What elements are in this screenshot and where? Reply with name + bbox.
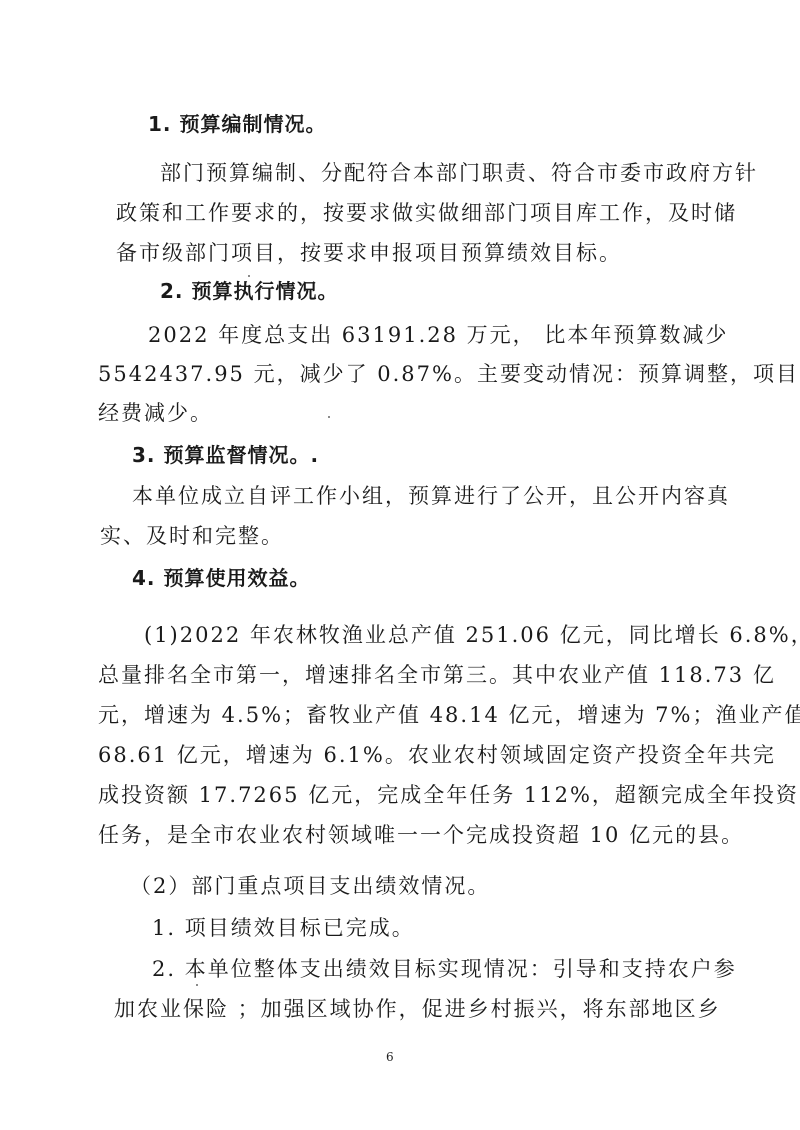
scan-speck bbox=[196, 984, 198, 986]
scan-speck bbox=[248, 275, 250, 277]
page-number: 6 bbox=[386, 1050, 394, 1064]
section-1-line-2: 政策和工作要求的，按要求做实做细部门项目库工作，及时储 bbox=[116, 200, 737, 226]
subsection-item-3: 加农业保险 ；加强区域协作，促进乡村振兴，将东部地区乡 bbox=[114, 996, 721, 1022]
subsection-item-1: 1. 项目绩效目标已完成。 bbox=[152, 915, 415, 941]
section-2-line-1: 2022 年度总支出 63191.28 万元， 比本年预算数减少 bbox=[148, 322, 728, 348]
section-3-heading: 3. 预算监督情况。. bbox=[132, 442, 319, 468]
scan-speck bbox=[328, 416, 330, 418]
section-1-line-1: 部门预算编制、分配符合本部门职责、符合市委市政府方针 bbox=[160, 160, 758, 186]
section-2-line-2: 5542437.95 元，减少了 0.87%。主要变动情况：预算调整，项目 bbox=[98, 361, 799, 387]
section-4-line-6: 任务，是全市农业农村领域唯一一个完成投资超 10 亿元的县。 bbox=[98, 822, 744, 848]
subsection-heading: （2）部门重点项目支出绩效情况。 bbox=[130, 873, 490, 899]
subsection-item-2: 2. 本单位整体支出绩效目标实现情况：引导和支持农户参 bbox=[152, 956, 737, 982]
section-4-line-4: 68.61 亿元，增速为 6.1%。农业农村领域固定资产投资全年共完 bbox=[98, 742, 776, 768]
scan-speck bbox=[280, 119, 282, 121]
section-2-line-3: 经费减少。 bbox=[98, 400, 213, 426]
section-4-line-1: (1)2022 年农林牧渔业总产值 251.06 亿元，同比增长 6.8%， bbox=[144, 622, 800, 648]
section-1-line-3: 备市级部门项目，按要求申报项目预算绩效目标。 bbox=[116, 240, 622, 266]
document-page: 1. 预算编制情况。 部门预算编制、分配符合本部门职责、符合市委市政府方针 政策… bbox=[0, 0, 800, 1130]
section-4-line-3: 元，增速为 4.5%；畜牧业产值 48.14 亿元，增速为 7%；渔业产值 bbox=[98, 702, 800, 728]
section-2-heading: 2. 预算执行情况。 bbox=[160, 278, 338, 304]
section-4-heading: 4. 预算使用效益。 bbox=[132, 565, 310, 591]
section-4-line-2: 总量排名全市第一，增速排名全市第三。其中农业产值 118.73 亿 bbox=[98, 662, 776, 688]
section-1-heading: 1. 预算编制情况。 bbox=[148, 111, 326, 137]
section-3-line-2: 实、及时和完整。 bbox=[100, 523, 284, 549]
section-3-line-1: 本单位成立自评工作小组，预算进行了公开，且公开内容真 bbox=[132, 483, 730, 509]
section-4-line-5: 成投资额 17.7265 亿元，完成全年任务 112%，超额完成全年投资 bbox=[98, 782, 799, 808]
